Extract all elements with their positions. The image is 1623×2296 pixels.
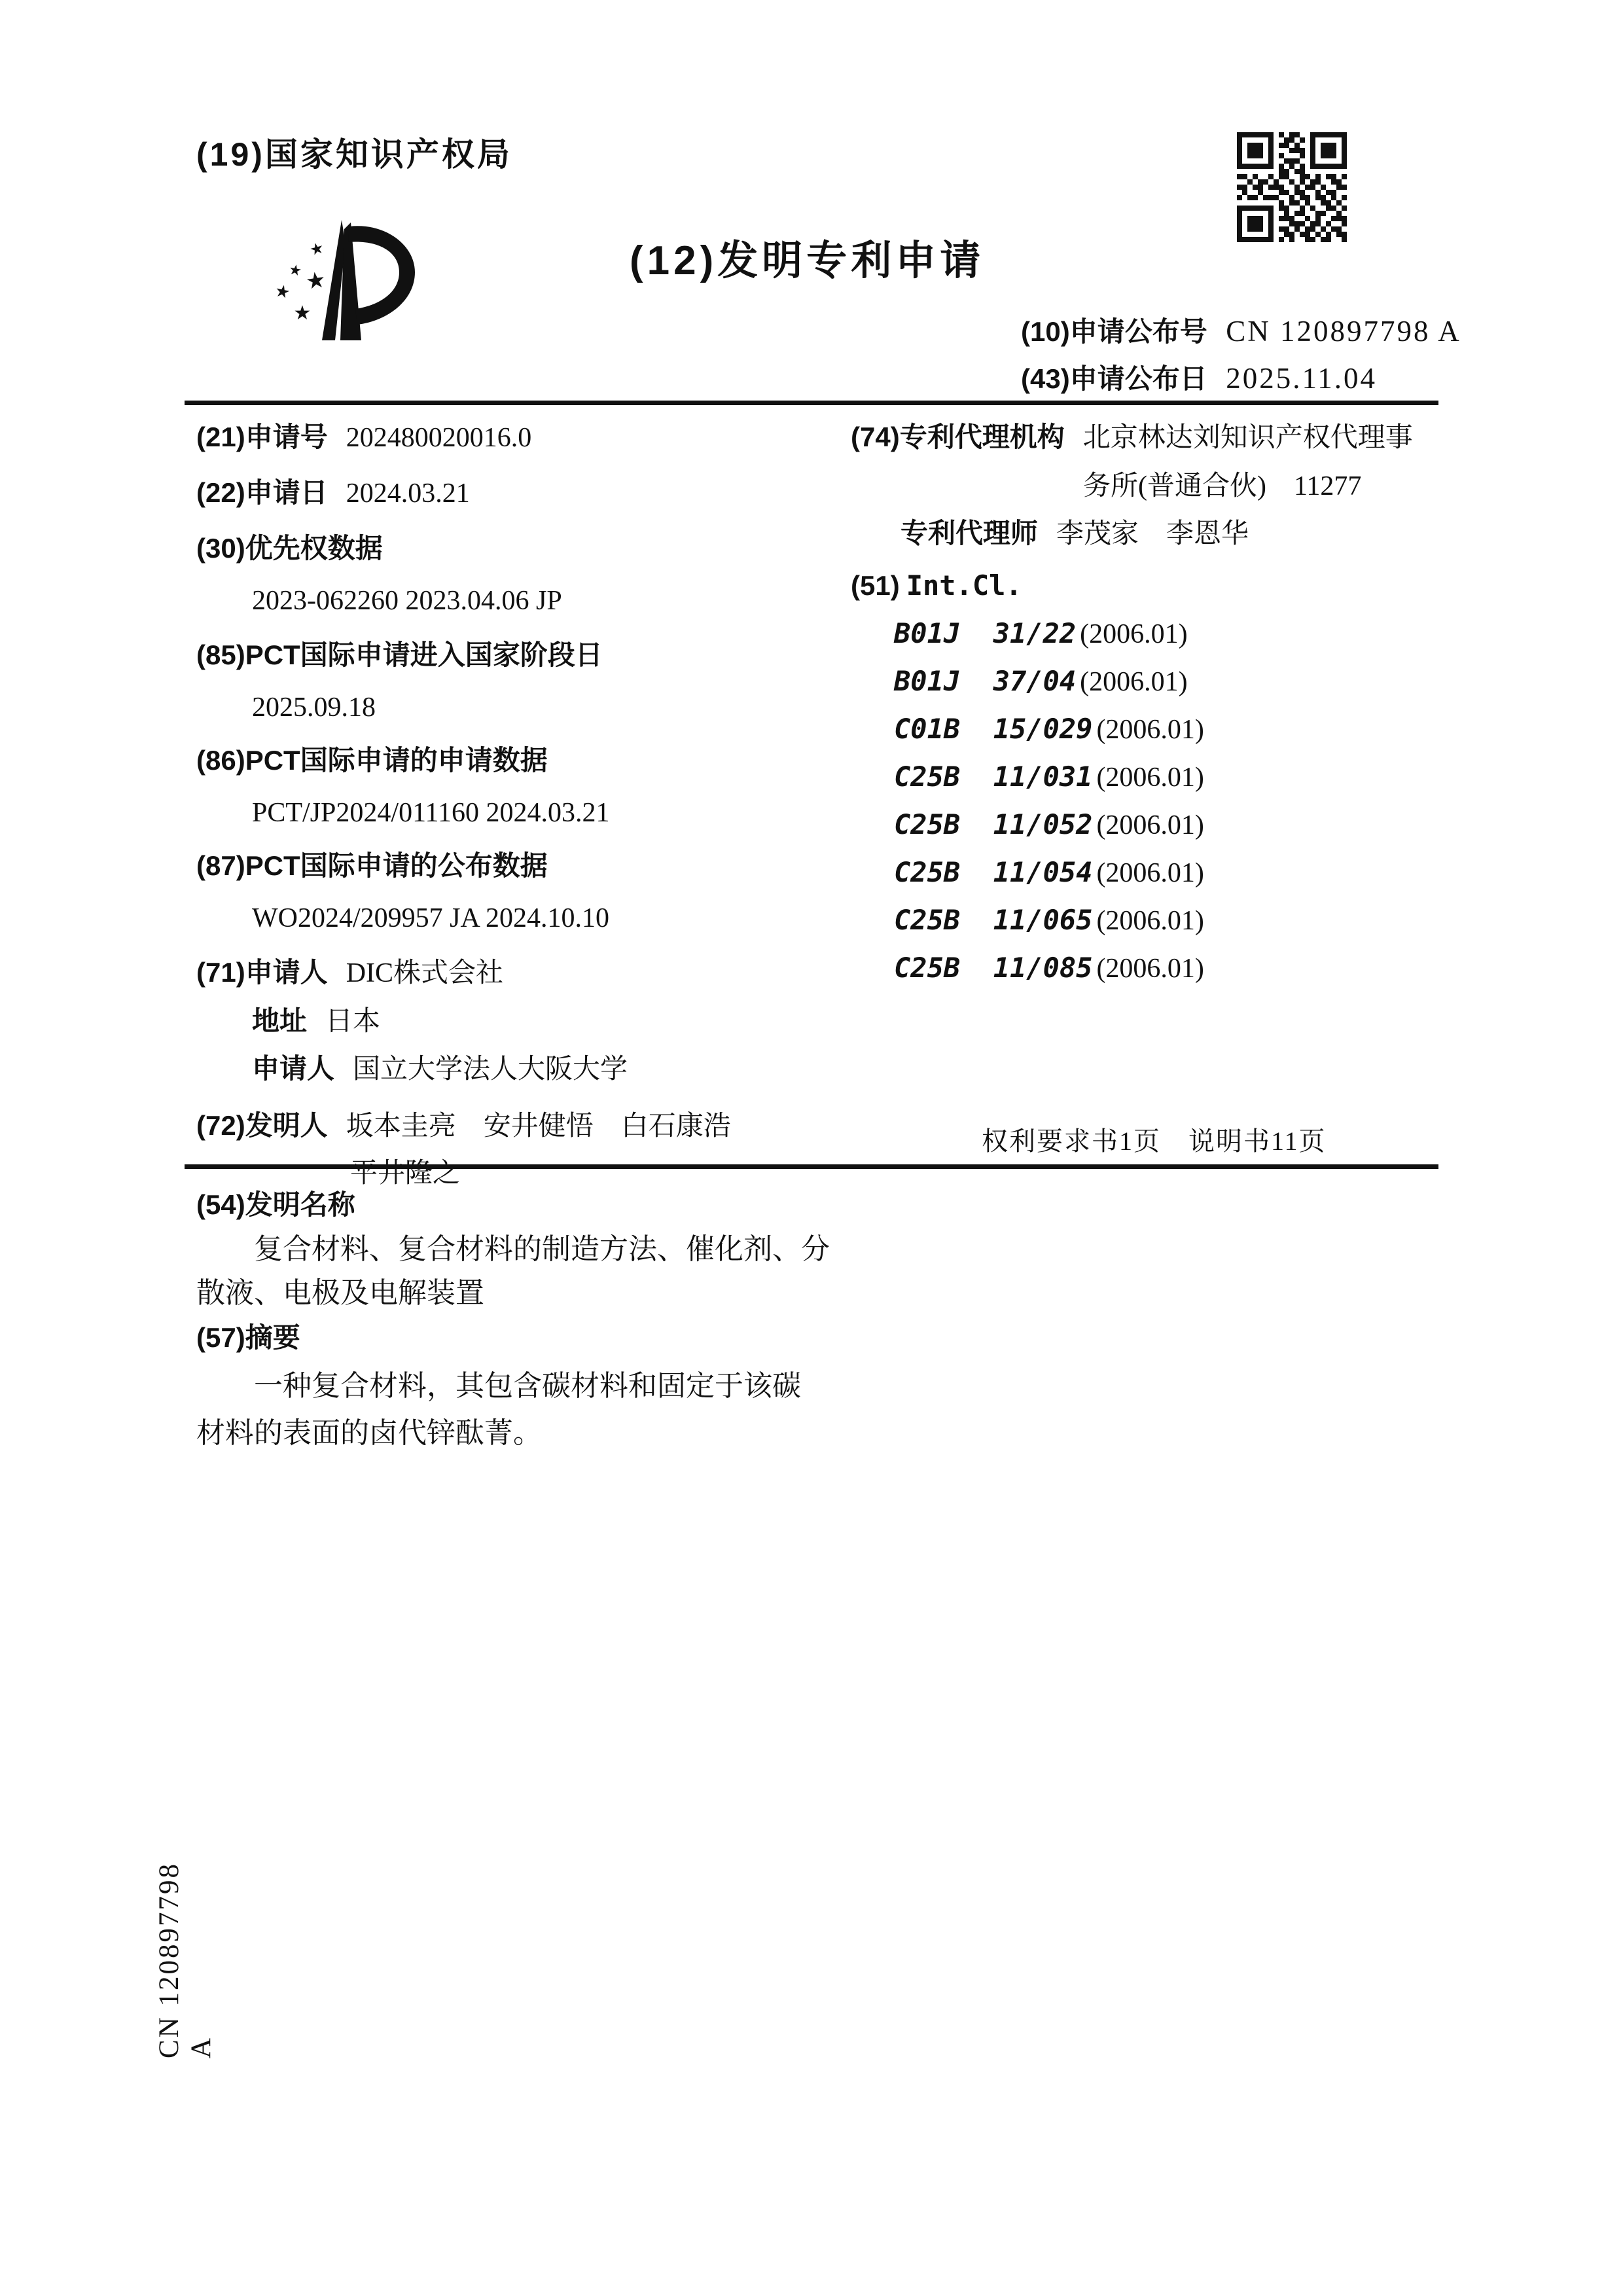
field-72-inventors-line2: 平井隆之 bbox=[196, 1157, 851, 1190]
field-72-inventors: (72)发明人坂本圭亮 安井健悟 白石康浩 bbox=[196, 1109, 851, 1143]
ipc-item: B01J 37/04(2006.01) bbox=[851, 665, 1453, 698]
field-21-application-number: (21)申请号202480020016.0 bbox=[196, 421, 851, 454]
field-72-label: (72)发明人 bbox=[196, 1110, 328, 1141]
ipc-item: C25B 11/052(2006.01) bbox=[851, 808, 1453, 842]
ipc-item: C25B 11/085(2006.01) bbox=[851, 952, 1453, 985]
field-71-label: (71)申请人 bbox=[196, 957, 328, 988]
address-label: 地址 bbox=[252, 1005, 307, 1036]
address-value: 日本 bbox=[325, 1007, 380, 1037]
publication-date-label: (43)申请公布日 bbox=[1021, 363, 1207, 394]
abstract-line1: 一种复合材料，其包含碳材料和固定于该碳 bbox=[196, 1369, 1034, 1403]
publication-date-value: 2025.11.04 bbox=[1226, 362, 1377, 395]
cnipa-logo: ★ ★ ★ ★ ★ bbox=[260, 217, 424, 348]
abstract-heading: (57)摘要 bbox=[196, 1321, 1034, 1355]
invention-title-line1: 复合材料、复合材料的制造方法、催化剂、分 bbox=[196, 1232, 1034, 1266]
svg-text:★: ★ bbox=[273, 281, 292, 302]
field-87-pct-publication-data: (87)PCT国际申请的公布数据 bbox=[196, 850, 851, 883]
agent-value: 李茂家 李恩华 bbox=[1056, 519, 1249, 549]
svg-text:★: ★ bbox=[308, 240, 326, 260]
field-30-priority-data: (30)优先权数据 bbox=[196, 532, 851, 565]
invention-title-heading: (54)发明名称 bbox=[196, 1188, 1034, 1222]
field-51-prefix: (51) bbox=[851, 570, 900, 601]
bibliographic-right-column: (74)专利代理机构北京林达刘知识产权代理事 务所(普通合伙) 11277 专利… bbox=[851, 421, 1453, 985]
field-30-priority-line: 2023-062260 2023.04.06 JP bbox=[196, 584, 851, 617]
field-86-pct-application-data: (86)PCT国际申请的申请数据 bbox=[196, 744, 851, 778]
patent-front-page: (19)国家知识产权局 ★ ★ ★ ★ ★ (12)发明专利申请 (10)申请公… bbox=[0, 0, 1623, 2296]
field-22-filing-date: (22)申请日2024.03.21 bbox=[196, 476, 851, 510]
field-74-agency: (74)专利代理机构北京林达刘知识产权代理事 bbox=[851, 421, 1453, 454]
document-type-title: (12)发明专利申请 bbox=[630, 228, 984, 286]
field-71-applicant: (71)申请人DIC株式会社 bbox=[196, 956, 851, 990]
ipc-item: B01J 31/22(2006.01) bbox=[851, 617, 1453, 651]
ipc-item: C25B 11/065(2006.01) bbox=[851, 904, 1453, 937]
field-71-applicant-2: 申请人国立大学法人大阪大学 bbox=[196, 1052, 851, 1086]
field-21-value: 202480020016.0 bbox=[346, 423, 532, 453]
cnipa-logo-graphic: ★ ★ ★ ★ ★ bbox=[260, 217, 424, 348]
abstract-divider-rule bbox=[185, 1164, 1438, 1169]
svg-text:★: ★ bbox=[294, 302, 312, 324]
field-85-national-phase-entry: (85)PCT国际申请进入国家阶段日 bbox=[196, 639, 851, 672]
invention-title-line2: 散液、电极及电解装置 bbox=[196, 1276, 1034, 1310]
ipc-item: C25B 11/054(2006.01) bbox=[851, 856, 1453, 889]
field-74-label: (74)专利代理机构 bbox=[851, 422, 1065, 452]
svg-text:★: ★ bbox=[304, 268, 327, 295]
applicant2-label: 申请人 bbox=[252, 1053, 334, 1084]
bibliographic-left-column: (21)申请号202480020016.0 (22)申请日2024.03.21 … bbox=[196, 421, 851, 1190]
pages-note: 权利要求书1页 说明书11页 bbox=[982, 1121, 1327, 1158]
field-30-label: (30)优先权数据 bbox=[196, 533, 383, 564]
field-87-label: (87)PCT国际申请的公布数据 bbox=[196, 850, 548, 881]
publication-date-line: (43)申请公布日 2025.11.04 bbox=[1021, 357, 1377, 397]
field-22-label: (22)申请日 bbox=[196, 477, 328, 508]
ipc-item: C25B 11/031(2006.01) bbox=[851, 761, 1453, 794]
field-72-value: 坂本圭亮 安井健悟 白石康浩 bbox=[346, 1111, 731, 1141]
field-71-value: DIC株式会社 bbox=[346, 958, 503, 988]
field-85-label: (85)PCT国际申请进入国家阶段日 bbox=[196, 639, 603, 670]
field-51-label: Int.Cl. bbox=[906, 569, 1022, 601]
field-74-value-line2: 务所(普通合伙) 11277 bbox=[851, 470, 1453, 503]
agent-label: 专利代理师 bbox=[901, 518, 1038, 548]
ipc-item: C01B 15/029(2006.01) bbox=[851, 713, 1453, 746]
svg-text:★: ★ bbox=[287, 261, 303, 279]
publication-number-value: CN 120897798 A bbox=[1226, 315, 1461, 348]
vertical-publication-code: CN 120897798 A bbox=[153, 1833, 217, 2058]
field-87-data-line: WO2024/209957 JA 2024.10.10 bbox=[196, 902, 851, 935]
field-22-value: 2024.03.21 bbox=[346, 478, 470, 509]
field-86-label: (86)PCT国际申请的申请数据 bbox=[196, 745, 548, 776]
field-86-data-line: PCT/JP2024/011160 2024.03.21 bbox=[196, 797, 851, 829]
publication-number-label: (10)申请公布号 bbox=[1021, 316, 1207, 347]
field-71-address: 地址日本 bbox=[196, 1005, 851, 1038]
field-74-agent: 专利代理师李茂家 李恩华 bbox=[851, 517, 1453, 550]
field-21-label: (21)申请号 bbox=[196, 422, 328, 452]
publication-number-line: (10)申请公布号 CN 120897798 A bbox=[1021, 310, 1461, 350]
patent-office-name: (19)国家知识产权局 bbox=[196, 128, 512, 175]
applicant2-value: 国立大学法人大阪大学 bbox=[353, 1054, 628, 1085]
header-divider-rule bbox=[185, 401, 1438, 405]
qr-code bbox=[1237, 132, 1347, 242]
field-85-date-line: 2025.09.18 bbox=[196, 691, 851, 724]
title-and-abstract-section: (54)发明名称 复合材料、复合材料的制造方法、催化剂、分 散液、电极及电解装置… bbox=[196, 1188, 1034, 1450]
field-74-value-line1: 北京林达刘知识产权代理事 bbox=[1083, 423, 1413, 453]
field-51-int-cl: (51)Int.Cl. bbox=[851, 569, 1453, 603]
abstract-line2: 材料的表面的卤代锌酞菁。 bbox=[196, 1416, 1034, 1450]
